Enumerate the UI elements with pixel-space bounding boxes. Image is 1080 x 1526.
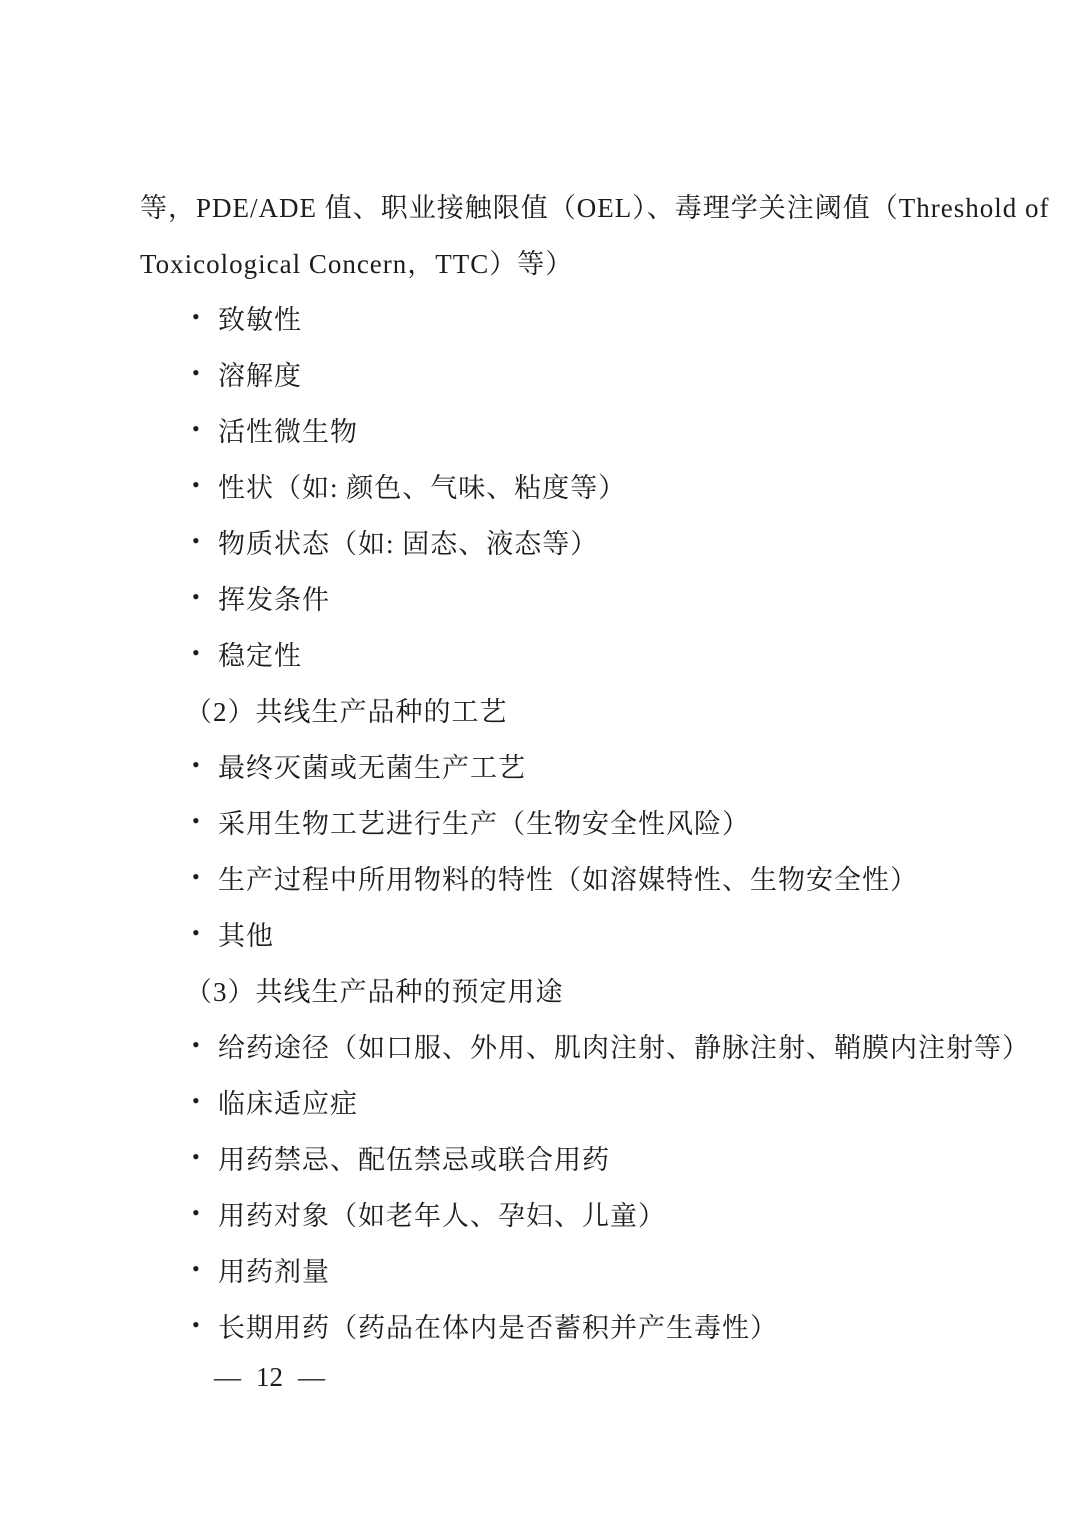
list-item: • 性状（如: 颜色、气味、粘度等）: [140, 457, 1010, 513]
content-list: • 致敏性 • 溶解度 • 活性微生物 • 性状（如: 颜色、气味、粘度等） •…: [140, 289, 1010, 1353]
list-item-text: 生产过程中所用物料的特性（如溶媒特性、生物安全性）: [218, 858, 918, 897]
bullet-icon: •: [192, 530, 218, 552]
list-item-text: 致敏性: [218, 298, 302, 337]
bullet-icon: •: [192, 1090, 218, 1112]
bullet-icon: •: [192, 474, 218, 496]
page-footer: — 12 —: [140, 1352, 325, 1402]
list-item: • 临床适应症: [140, 1073, 1010, 1129]
list-item-text: 挥发条件: [218, 578, 330, 617]
bullet-icon: •: [192, 418, 218, 440]
page-number: 12: [256, 1362, 283, 1393]
list-item-text: 采用生物工艺进行生产（生物安全性风险）: [218, 802, 750, 841]
bullet-icon: •: [192, 306, 218, 328]
list-item-text: 用药对象（如老年人、孕妇、儿童）: [218, 1194, 666, 1233]
bullet-icon: •: [192, 754, 218, 776]
intro-paragraph-line-2: Toxicological Concern，TTC）等）: [140, 233, 1010, 289]
bullet-icon: •: [192, 1202, 218, 1224]
list-item: • 用药剂量: [140, 1241, 1010, 1297]
list-item: • 生产过程中所用物料的特性（如溶媒特性、生物安全性）: [140, 849, 1010, 905]
list-item-text: 最终灭菌或无菌生产工艺: [218, 746, 526, 785]
list-item: • 致敏性: [140, 289, 1010, 345]
list-item: • 其他: [140, 905, 1010, 961]
list-item: （2）共线生产品种的工艺: [140, 681, 1010, 737]
list-item-text: 其他: [218, 914, 274, 953]
list-item: • 挥发条件: [140, 569, 1010, 625]
footer-dash-left: —: [214, 1362, 241, 1393]
list-item-text: 溶解度: [218, 354, 302, 393]
list-item: • 活性微生物: [140, 401, 1010, 457]
bullet-icon: •: [192, 866, 218, 888]
bullet-icon: •: [192, 1146, 218, 1168]
intro-text-line-2: Toxicological Concern，TTC）等）: [140, 242, 573, 281]
list-item: （3）共线生产品种的预定用途: [140, 961, 1010, 1017]
list-item-text: 给药途径（如口服、外用、肌肉注射、静脉注射、鞘膜内注射等）: [218, 1026, 1030, 1065]
intro-text-line-1: 等，PDE/ADE 值、职业接触限值（OEL）、毒理学关注阈值（Threshol…: [140, 186, 1049, 225]
bullet-icon: •: [192, 922, 218, 944]
footer-dash-right: —: [298, 1362, 325, 1393]
list-item-text: 物质状态（如: 固态、液态等）: [218, 522, 598, 561]
list-item: • 用药禁忌、配伍禁忌或联合用药: [140, 1129, 1010, 1185]
list-item: • 用药对象（如老年人、孕妇、儿童）: [140, 1185, 1010, 1241]
list-item: • 给药途径（如口服、外用、肌肉注射、静脉注射、鞘膜内注射等）: [140, 1017, 1010, 1073]
bullet-icon: •: [192, 1258, 218, 1280]
list-item: • 物质状态（如: 固态、液态等）: [140, 513, 1010, 569]
list-item-text: 用药禁忌、配伍禁忌或联合用药: [218, 1138, 610, 1177]
list-item-text: （2）共线生产品种的工艺: [185, 690, 508, 729]
list-item: • 长期用药（药品在体内是否蓄积并产生毒性）: [140, 1297, 1010, 1353]
list-item: • 最终灭菌或无菌生产工艺: [140, 737, 1010, 793]
document-page: 等，PDE/ADE 值、职业接触限值（OEL）、毒理学关注阈值（Threshol…: [0, 0, 1080, 1526]
bullet-icon: •: [192, 810, 218, 832]
list-item-text: 活性微生物: [218, 410, 358, 449]
list-item: • 稳定性: [140, 625, 1010, 681]
bullet-icon: •: [192, 1034, 218, 1056]
page-content: 等，PDE/ADE 值、职业接触限值（OEL）、毒理学关注阈值（Threshol…: [140, 177, 1010, 1353]
list-item-text: 性状（如: 颜色、气味、粘度等）: [218, 466, 626, 505]
list-item-text: 用药剂量: [218, 1250, 330, 1289]
list-item-text: 临床适应症: [218, 1082, 358, 1121]
list-item: • 溶解度: [140, 345, 1010, 401]
list-item: • 采用生物工艺进行生产（生物安全性风险）: [140, 793, 1010, 849]
bullet-icon: •: [192, 642, 218, 664]
intro-paragraph-line-1: 等，PDE/ADE 值、职业接触限值（OEL）、毒理学关注阈值（Threshol…: [140, 177, 1010, 233]
bullet-icon: •: [192, 362, 218, 384]
bullet-icon: •: [192, 586, 218, 608]
bullet-icon: •: [192, 1314, 218, 1336]
list-item-text: （3）共线生产品种的预定用途: [185, 970, 564, 1009]
list-item-text: 稳定性: [218, 634, 302, 673]
list-item-text: 长期用药（药品在体内是否蓄积并产生毒性）: [218, 1306, 778, 1345]
